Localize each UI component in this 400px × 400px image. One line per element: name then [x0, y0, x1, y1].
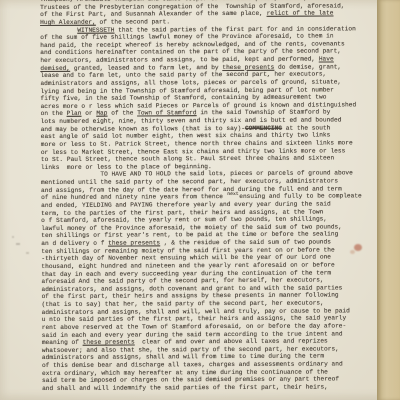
underlined-text: Hugh Alexander,: [40, 19, 96, 26]
underlined-text: these presents: [108, 239, 160, 246]
underlined-text: these presents: [222, 63, 274, 70]
underlined-text: WITNESSETH: [77, 26, 114, 33]
underlined-text: demised,: [40, 64, 70, 71]
inserted-word: next: [227, 192, 239, 197]
underlined-text: Plan: [67, 110, 82, 117]
struck-text: COMMENCING: [245, 124, 282, 131]
speck-mark: [12, 236, 14, 238]
speck-mark: [26, 252, 29, 254]
underlined-text: Town of Stamford: [137, 110, 196, 117]
scanned-document-page: Thompson, Archibald Thompson and James C…: [0, 0, 400, 400]
underlined-text: relict of the late: [267, 10, 334, 17]
underlined-text: Map: [96, 110, 107, 117]
underlined-text: these presents: [83, 339, 135, 346]
speck-mark: [16, 243, 20, 245]
page-edge-strip: [377, 0, 400, 400]
underlined-text: Have: [319, 55, 334, 62]
document-text: Thompson, Archibald Thompson and James C…: [40, 0, 380, 392]
